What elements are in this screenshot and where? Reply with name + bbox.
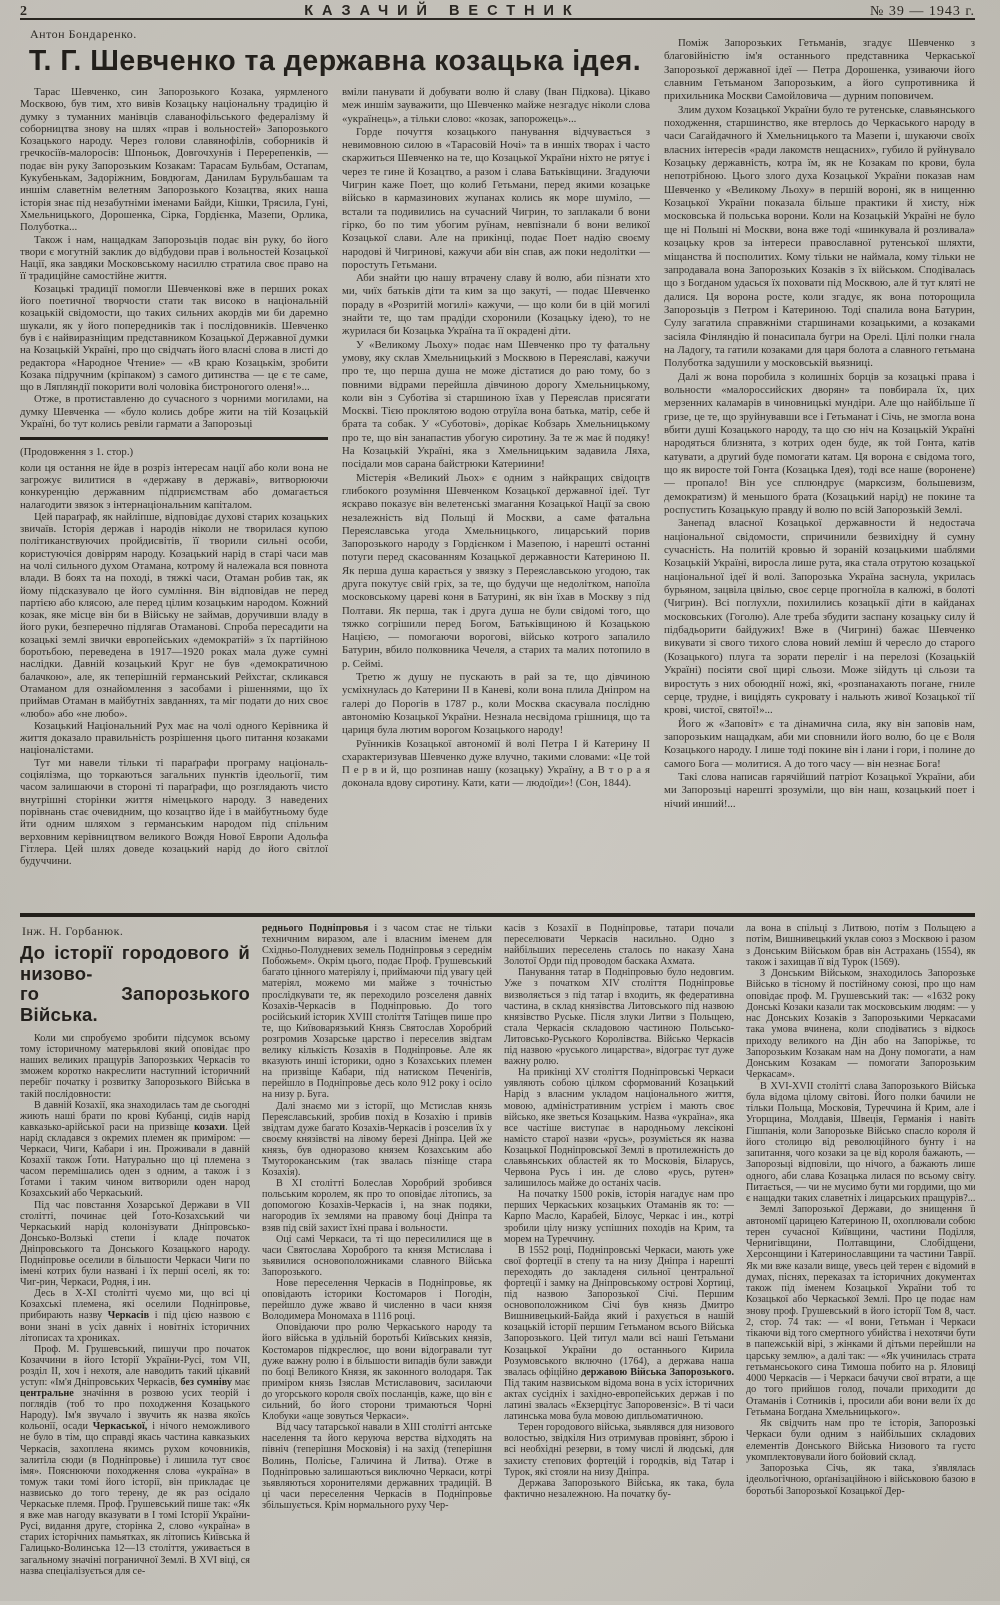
section-divider-rule	[20, 913, 975, 917]
paragraph: В XI столітті Болеслав Хоробрий зробився…	[262, 1178, 492, 1233]
paragraph: З Донським Військом, знаходилось Запороз…	[746, 968, 975, 1081]
paragraph: В 1552 році, Подніпровські Черкаси, мают…	[504, 1245, 734, 1423]
article1-byline: Антон Бондаренко.	[30, 27, 650, 42]
paragraph: Руїнників Козацької автономії й волі Пет…	[342, 738, 650, 791]
paragraph: У «Великому Льоху» подає нам Шевченко пр…	[342, 339, 650, 472]
continuation-note: (Продовження з 1. стор.)	[20, 446, 328, 458]
paragraph: Тарас Шевченко, син Запорозького Козака,…	[20, 86, 328, 234]
article2-column-4: ла вона в спільці з Литвою, потім з Поль…	[746, 923, 975, 1601]
paragraph: вміли панувати й добувати волю й славу (…	[342, 86, 650, 126]
page-number: 2	[20, 4, 110, 20]
paragraph: Панування татар в Подніпровью було недов…	[504, 967, 734, 1067]
paragraph: В давній Козахії, яка знаходилась там де…	[20, 1100, 250, 1200]
paragraph: Містерія «Великий Льох» є одним з найкра…	[342, 472, 650, 671]
article1-col1-part2: коли ця остання не йде в розріз інтереса…	[20, 462, 328, 868]
paragraph: реднього Подніпровья і з часом стає не т…	[262, 923, 492, 1101]
paragraph: На початку 1500 років, історія нагадує н…	[504, 1189, 734, 1244]
paragraph: Оповідаючи про ролю Черкаського народу т…	[262, 1322, 492, 1422]
paragraph: Далі ж вона поробила з колишніх борців з…	[664, 371, 975, 518]
paragraph: Терен городового війська, зьявлявся для …	[504, 1422, 734, 1477]
paragraph: Козацький Національний Рух має на чолі о…	[20, 720, 328, 757]
article-history: Інж. Н. Горбанюк. До історії городового …	[20, 923, 975, 1601]
column-divider-rule	[20, 437, 328, 440]
paragraph: касів з Козахії в Подніпровье, татари по…	[504, 923, 734, 967]
masthead-title: КАЗАЧИЙ ВЕСТНИК	[110, 3, 775, 19]
article1-column-3: Поміж Запорозьких Гетьманів, згадує Шевч…	[664, 22, 975, 911]
article2-byline: Інж. Н. Горбанюк.	[22, 926, 250, 937]
paragraph: Цей параґраф, як найліпше, відповідає ду…	[20, 511, 328, 720]
paragraph: Отже, в протиставленю до сучасного з чор…	[20, 393, 328, 430]
paragraph: Тут ми навели тільки ті параґрафи програ…	[20, 757, 328, 868]
paragraph: Також і нам, нащадкам Запорозьців подає …	[20, 234, 328, 283]
paragraph: Такі слова написав гарячійший патріот Ко…	[664, 771, 975, 811]
issue-number: № 39 — 1943 г.	[775, 4, 975, 20]
article2-column-2: реднього Подніпровья і з часом стає не т…	[262, 923, 492, 1601]
paragraph: Запорозька Січь, як така, з'являлась іде…	[746, 1463, 975, 1497]
article1-headline: Т. Г. Шевченко та державна козацька ідея…	[20, 45, 650, 78]
article2-headline-line2: го Запорозького Війська.	[20, 984, 250, 1025]
paragraph: Як свідчить нам про те історія, Запорозь…	[746, 1418, 975, 1463]
paragraph: Оці самі Черкаси, та ті що пересилилися …	[262, 1234, 492, 1278]
paragraph: Далі знаємо ми з історії, що Мстислав кн…	[262, 1101, 492, 1179]
article2-headline: До історії городового й низово- го Запор…	[20, 943, 250, 1025]
paragraph: Його ж «Заповіт» є та дінамична сила, як…	[664, 718, 975, 771]
article1-column-1: Тарас Шевченко, син Запорозького Козака,…	[20, 86, 328, 898]
paragraph: Під час повстання Хозарської Держави в V…	[20, 1200, 250, 1289]
paragraph: Десь в X-XI столітті чуємо ми, що всі ці…	[20, 1288, 250, 1343]
paragraph: На прикінці XV століття Подніпровські Че…	[504, 1067, 734, 1189]
paragraph: Проф. М. Грушевський, пишучи про початок…	[20, 1344, 250, 1577]
paragraph: Аби знайти цю нашу втрачену славу й волю…	[342, 272, 650, 338]
paragraph: Третю ж душу не пускають в рай за те, що…	[342, 671, 650, 737]
paragraph: Від часу татарської навали в XIII століт…	[262, 1422, 492, 1511]
paragraph: ла вона в спільці з Литвою, потім з Поль…	[746, 923, 975, 968]
paragraph: Коли ми спробуємо зробити підсумок всьом…	[20, 1033, 250, 1100]
paragraph: Занепад власної Козацької державности й …	[664, 517, 975, 717]
article2-column-3: касів з Козахії в Подніпровье, татари по…	[504, 923, 734, 1601]
paragraph: Землі Запорозької Держави, до знищення ї…	[746, 1204, 975, 1418]
article1-columns: Тарас Шевченко, син Запорозького Козака,…	[20, 86, 650, 898]
article2-col1-text: Коли ми спробуємо зробити підсумок всьом…	[20, 1033, 250, 1577]
article1-col1-part1: Тарас Шевченко, син Запорозького Козака,…	[20, 86, 328, 430]
paragraph: В XVI-XVII столітті слава Запорозького В…	[746, 1081, 975, 1205]
paragraph: коли ця остання не йде в розріз інтереса…	[20, 462, 328, 511]
article-shevchenko: Антон Бондаренко. Т. Г. Шевченко та держ…	[20, 22, 975, 911]
paragraph: Поміж Запорозьких Гетьманів, згадує Шевч…	[664, 37, 975, 104]
article2-headline-line1: До історії городового й низово-	[20, 943, 250, 984]
paragraph: Горде почуття козацького панування відчу…	[342, 126, 650, 272]
newspaper-page: 2 КАЗАЧИЙ ВЕСТНИК № 39 — 1943 г. Антон Б…	[0, 0, 1000, 1601]
paragraph: Злим духом Козацької України було те рут…	[664, 104, 975, 371]
article1-column-2: вміли панувати й добувати волю й славу (…	[342, 86, 650, 898]
paragraph: Козацькі традиції помогли Шевченкові вже…	[20, 283, 328, 394]
article-shevchenko-left-block: Антон Бондаренко. Т. Г. Шевченко та держ…	[20, 22, 650, 911]
page-header: 2 КАЗАЧИЙ ВЕСТНИК № 39 — 1943 г.	[20, 3, 975, 20]
article2-column-1: Інж. Н. Горбанюк. До історії городового …	[20, 923, 250, 1601]
paragraph: Держава Запорозького Війська, як така, б…	[504, 1478, 734, 1500]
paragraph: Нове переселення Черкасів в Подніпровье,…	[262, 1278, 492, 1322]
